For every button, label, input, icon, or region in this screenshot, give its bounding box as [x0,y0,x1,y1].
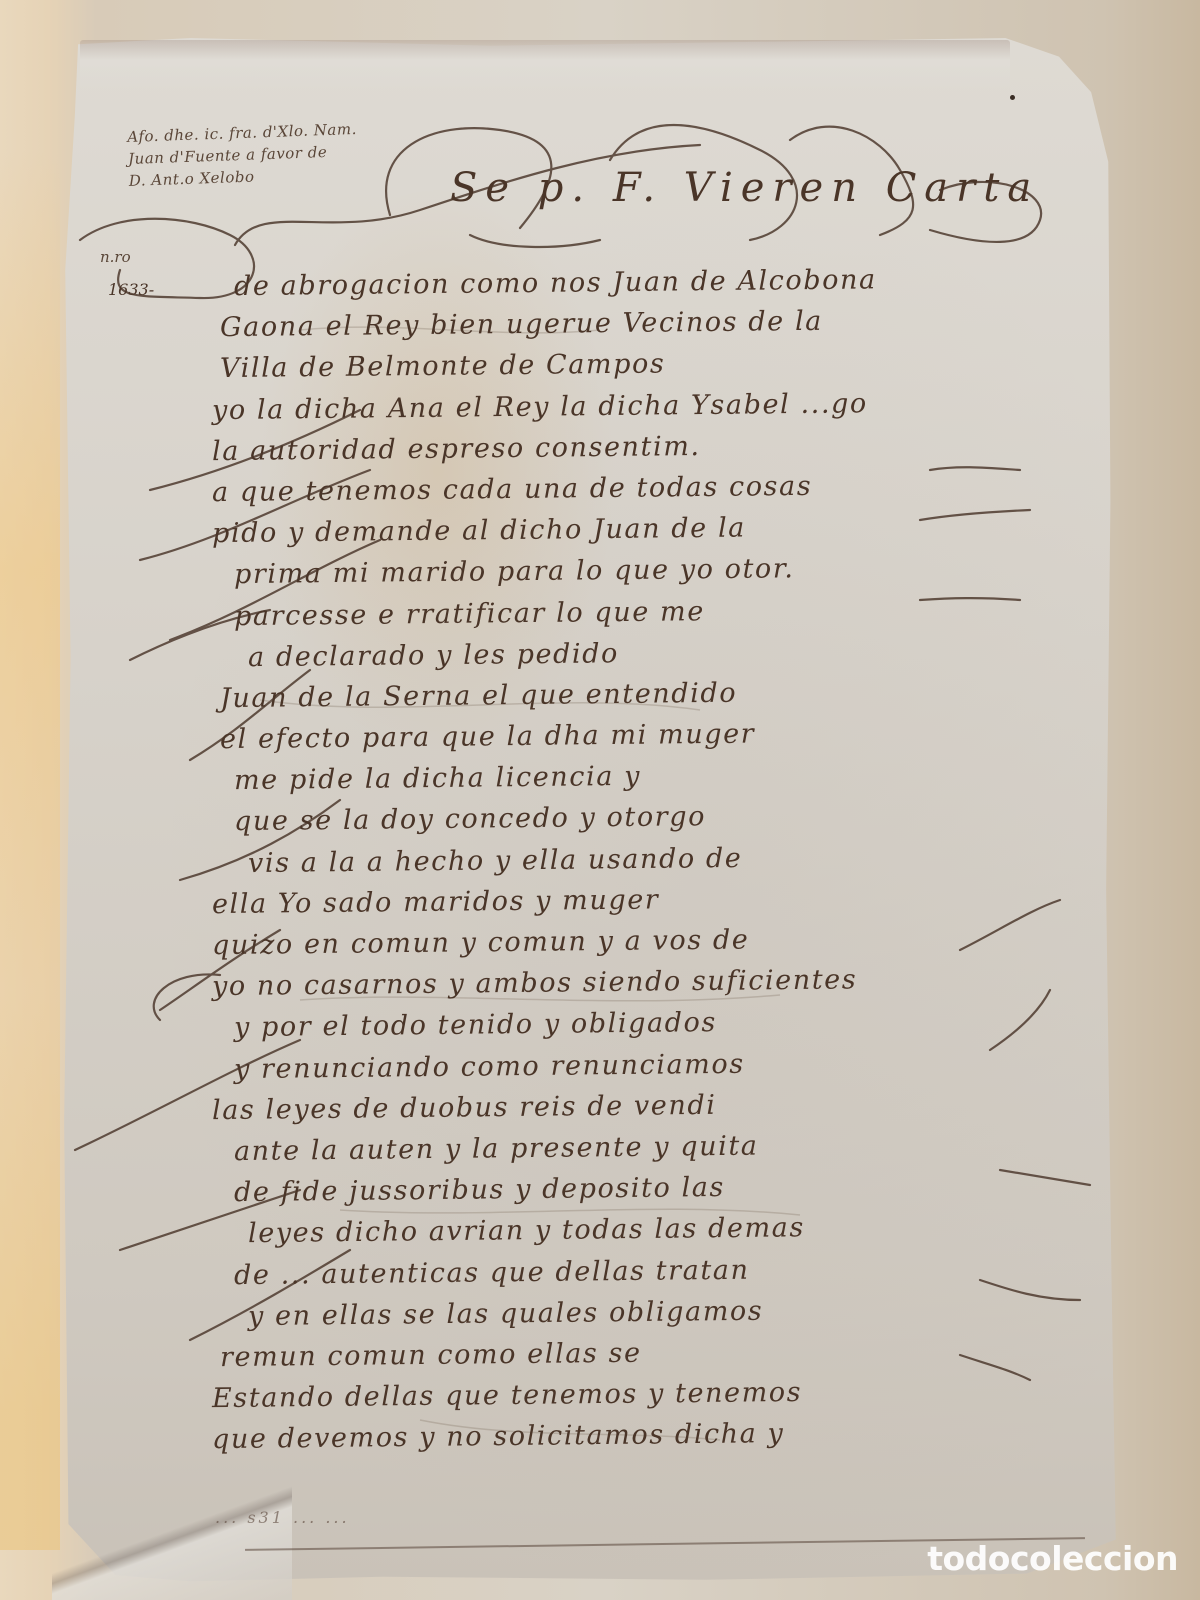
margin-number-label: n.ro [100,248,131,266]
todocoleccion-watermark: todocoleccion [927,1539,1178,1578]
backdrop-light-reflection [0,150,60,1550]
manuscript-body: de abrogacion como nos Juan de Alcobona … [220,262,1000,1456]
document-heading: Se p. F. Vieren Carta [450,165,1039,211]
manuscript-line: que devemos y no solicitamos dicha y [212,1411,992,1460]
paper-folded-corner [52,1480,292,1600]
ink-dot-mark [1010,95,1015,100]
paper-top-edge-stain [80,40,1010,90]
margin-year: 1633- [108,280,154,299]
bottom-marks: ... s31 ... ... [215,1508,350,1527]
marginal-note: Afo. dhe. ic. fra. d'Xlo. Nam. Juan d'Fu… [127,114,469,192]
